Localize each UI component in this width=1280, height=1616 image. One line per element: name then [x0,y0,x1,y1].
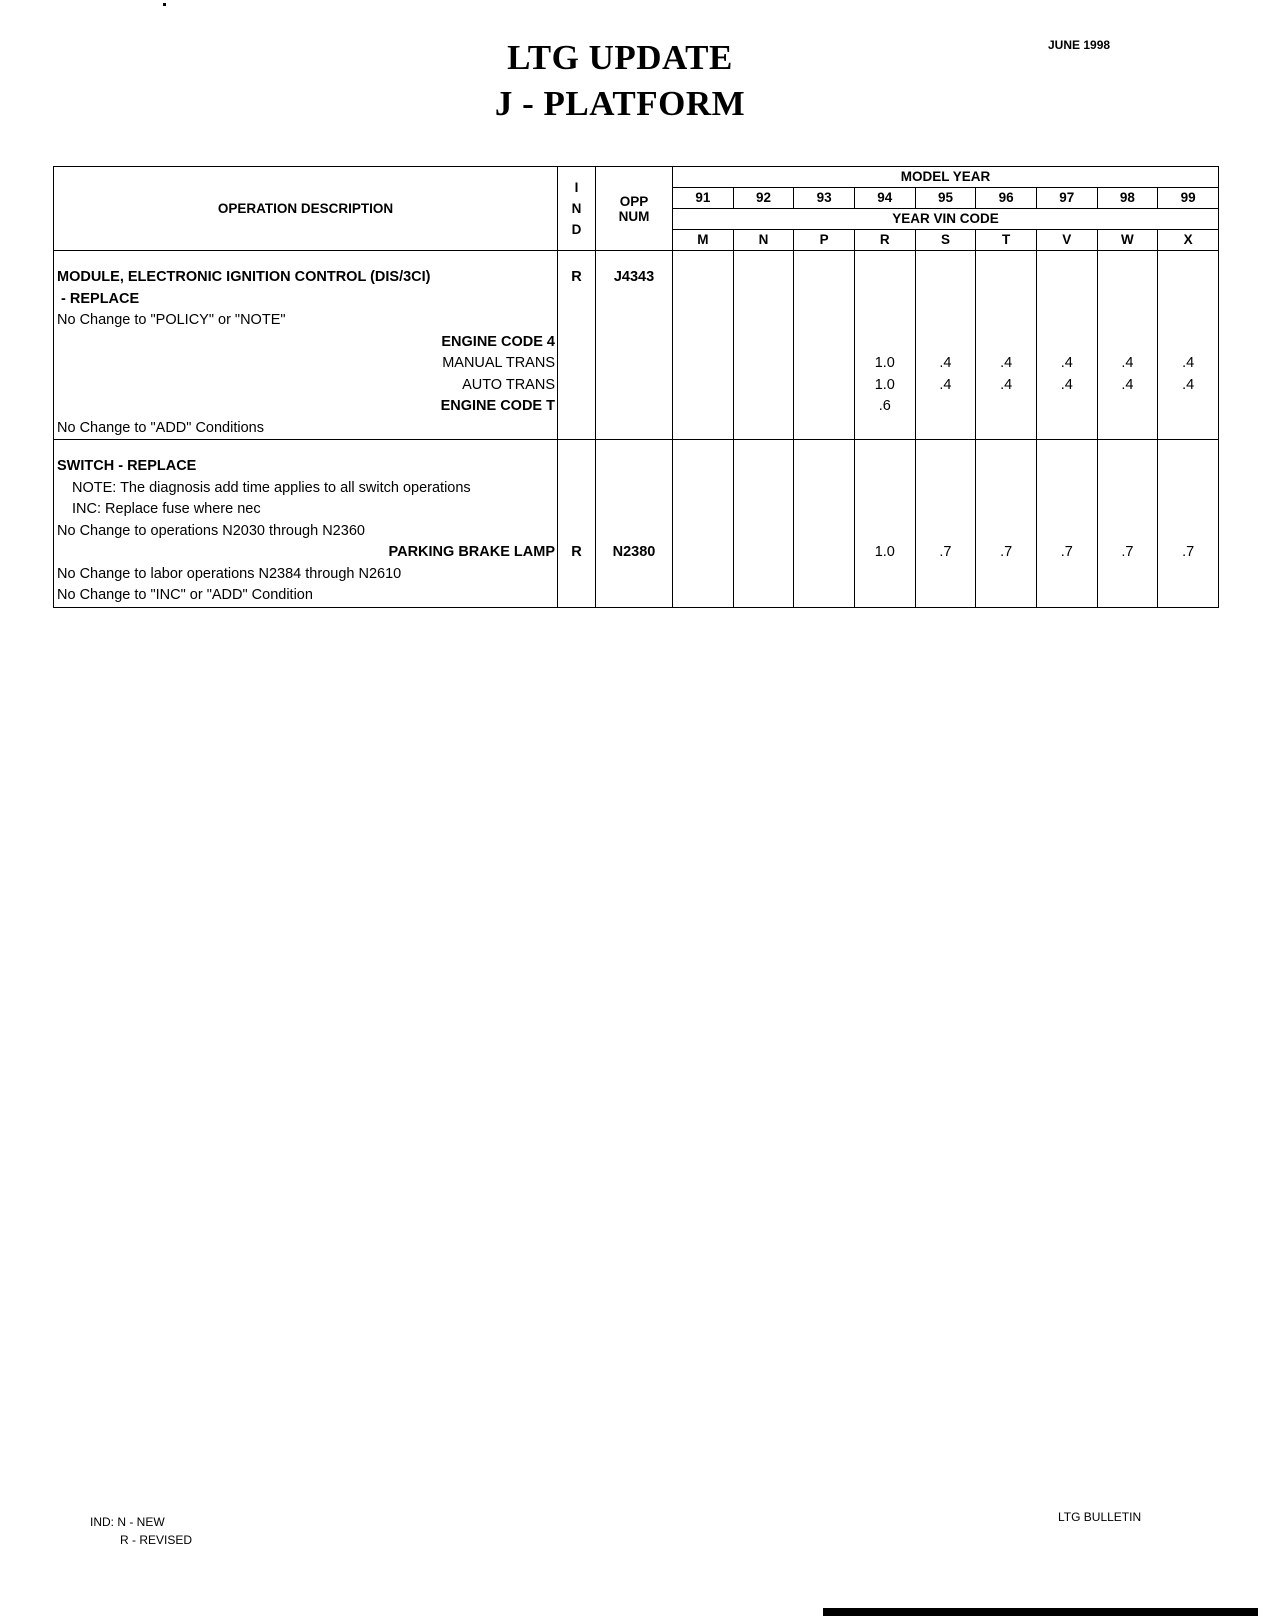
labor-time-value [673,396,733,418]
page-subtitle: J - PLATFORM [0,84,1240,124]
header-num: NUM [596,209,672,224]
header-ind-n: N [558,198,595,219]
labor-time-value [794,289,854,311]
labor-time-cell: .7 [976,440,1037,608]
labor-time-value: .4 [1098,353,1158,375]
labor-time-value [673,564,733,586]
bulletin-label: LTG BULLETIN [1058,1510,1141,1524]
header-vin-code: X [1158,230,1219,251]
header-year: 93 [794,188,855,209]
header-opp-num: OPP NUM [596,167,673,251]
labor-time-cell [733,251,794,440]
labor-time-value [673,456,733,478]
labor-time-value: .6 [855,396,915,418]
labor-time-cell: 1.01.0.6 [854,251,915,440]
description-line: ENGINE CODE 4 [54,332,557,354]
empty-line [596,310,672,332]
description-line: - REPLACE [54,289,557,311]
empty-line [558,310,595,332]
labor-time-table: OPERATION DESCRIPTION I N D OPP NUM MODE… [53,166,1219,608]
labor-time-cell [733,440,794,608]
labor-time-value [1098,418,1158,440]
bulletin-date: JUNE 1998 [1048,38,1110,52]
header-operation-description: OPERATION DESCRIPTION [54,167,558,251]
labor-time-value [734,353,794,375]
labor-time-value [916,456,976,478]
labor-time-value [1037,521,1097,543]
labor-time-value [976,332,1036,354]
labor-time-value [976,564,1036,586]
empty-line [558,396,595,418]
labor-time-value [1037,478,1097,500]
labor-time-value [673,289,733,311]
ind-legend: IND: N - NEW R - REVISED [90,1513,192,1549]
labor-time-value [916,289,976,311]
labor-time-value [794,456,854,478]
labor-time-value [794,564,854,586]
labor-time-value: .4 [1158,375,1218,397]
labor-time-value [1098,267,1158,289]
header-year: 91 [673,188,734,209]
header-vin-code: P [794,230,855,251]
labor-time-value: .7 [1158,542,1218,564]
description-line: INC: Replace fuse where nec [54,499,557,521]
labor-time-value [794,478,854,500]
labor-time-value [1098,585,1158,607]
labor-time-value [734,332,794,354]
labor-time-value [855,521,915,543]
header-model-year: MODEL YEAR [673,167,1219,188]
empty-line [596,478,672,500]
description-line: SWITCH - REPLACE [54,456,557,478]
labor-time-value [794,585,854,607]
labor-time-cell [794,251,855,440]
labor-time-value [916,499,976,521]
empty-line [558,456,595,478]
description-line: No Change to operations N2030 through N2… [54,521,557,543]
labor-time-value [916,585,976,607]
scan-edge-bar [823,1608,1258,1616]
labor-time-value [673,375,733,397]
labor-time-value [916,564,976,586]
labor-time-value: .4 [976,353,1036,375]
labor-time-value: .4 [1158,353,1218,375]
labor-time-value [1158,456,1218,478]
labor-time-value [734,542,794,564]
labor-time-value [976,456,1036,478]
labor-time-value: .7 [916,542,976,564]
header-year: 92 [733,188,794,209]
description-line: No Change to labor operations N2384 thro… [54,564,557,586]
labor-time-value [1158,289,1218,311]
labor-time-value [734,310,794,332]
labor-time-value [1158,478,1218,500]
labor-time-value [855,564,915,586]
labor-time-value [855,456,915,478]
header-ind: I N D [558,167,596,251]
labor-time-value [916,396,976,418]
labor-time-value [794,310,854,332]
legend-new: IND: N - NEW [90,1513,192,1531]
labor-time-value [794,499,854,521]
labor-time-value [1037,418,1097,440]
empty-line [596,585,672,607]
labor-time-cell: .7 [1158,440,1219,608]
labor-time-value [855,332,915,354]
labor-time-cell: .7 [1097,440,1158,608]
labor-time-value [794,332,854,354]
empty-line [596,396,672,418]
labor-time-value [1158,564,1218,586]
header-vin-code: M [673,230,734,251]
empty-line [596,418,672,440]
header-vin-code: S [915,230,976,251]
labor-time-value [976,310,1036,332]
labor-time-value [794,353,854,375]
header-vin-code: V [1036,230,1097,251]
labor-time-value [855,585,915,607]
labor-time-value [794,396,854,418]
empty-line [558,521,595,543]
header-year: 95 [915,188,976,209]
labor-time-value [1037,267,1097,289]
labor-time-value [734,289,794,311]
labor-time-value [1098,521,1158,543]
labor-time-value [1037,289,1097,311]
ind-cell: R [558,440,596,608]
opp-num-cell: N2380 [596,440,673,608]
header-vin-code: T [976,230,1037,251]
labor-time-value [673,542,733,564]
opp-num-cell: J4343 [596,251,673,440]
labor-time-value [1098,310,1158,332]
labor-time-value [976,499,1036,521]
labor-time-value [734,418,794,440]
table-row: SWITCH - REPLACENOTE: The diagnosis add … [54,440,1219,608]
labor-time-value [1158,396,1218,418]
header-ind-d: D [558,219,595,240]
labor-time-cell: .7 [915,440,976,608]
labor-time-value [1158,499,1218,521]
ind-cell: R [558,251,596,440]
empty-line [558,585,595,607]
labor-time-value [673,418,733,440]
labor-time-value [1158,310,1218,332]
header-vin-code: W [1097,230,1158,251]
labor-time-value: .4 [976,375,1036,397]
labor-time-value [794,375,854,397]
labor-time-value: 1.0 [855,542,915,564]
labor-time-value [855,499,915,521]
labor-time-value [794,418,854,440]
header-year: 97 [1036,188,1097,209]
labor-time-value [1098,456,1158,478]
labor-time-value [1098,289,1158,311]
labor-time-value [1037,310,1097,332]
labor-time-value [734,375,794,397]
opp-num-value: J4343 [596,267,672,289]
labor-time-value [794,521,854,543]
labor-time-value [734,456,794,478]
labor-time-value [855,418,915,440]
labor-time-value [673,332,733,354]
empty-line [558,418,595,440]
description-line: MODULE, ELECTRONIC IGNITION CONTROL (DIS… [54,267,557,289]
legend-revised: R - REVISED [90,1531,192,1549]
opp-num-value: N2380 [596,542,672,564]
labor-time-value [1098,478,1158,500]
empty-line [558,478,595,500]
description-line: NOTE: The diagnosis add time applies to … [54,478,557,500]
empty-line [596,353,672,375]
description-line: ENGINE CODE T [54,396,557,418]
empty-line [558,375,595,397]
empty-line [596,456,672,478]
labor-time-value [916,267,976,289]
empty-line [558,332,595,354]
ind-value: R [558,542,595,564]
labor-time-value [673,521,733,543]
labor-time-value [734,396,794,418]
description-line: MANUAL TRANS [54,353,557,375]
labor-time-value [673,310,733,332]
header-year: 98 [1097,188,1158,209]
labor-time-value [1037,396,1097,418]
labor-time-value [1158,585,1218,607]
labor-time-value [916,478,976,500]
labor-time-value [916,418,976,440]
labor-time-value [794,267,854,289]
labor-time-value: .4 [1037,353,1097,375]
labor-time-cell: .7 [1036,440,1097,608]
description-line: No Change to "ADD" Conditions [54,418,557,440]
labor-time-value [1158,418,1218,440]
labor-time-value: .4 [916,353,976,375]
labor-time-value: .4 [1098,375,1158,397]
labor-time-cell: 1.0 [854,440,915,608]
labor-time-value [976,418,1036,440]
header-vin-code: R [854,230,915,251]
table-row: MODULE, ELECTRONIC IGNITION CONTROL (DIS… [54,251,1219,440]
labor-time-value [794,542,854,564]
labor-time-value [734,267,794,289]
operation-description-cell: SWITCH - REPLACENOTE: The diagnosis add … [54,440,558,608]
labor-time-value [734,478,794,500]
ind-value: R [558,267,595,289]
scan-mark [163,3,166,6]
labor-time-value [1098,499,1158,521]
labor-time-value [976,521,1036,543]
labor-time-cell: .4.4 [1158,251,1219,440]
header-year: 99 [1158,188,1219,209]
empty-line [558,353,595,375]
empty-line [596,375,672,397]
labor-time-value [734,521,794,543]
labor-time-value [734,499,794,521]
labor-time-value [1158,267,1218,289]
labor-time-value [673,353,733,375]
labor-time-value [1037,585,1097,607]
labor-time-value [734,585,794,607]
description-line: No Change to "INC" or "ADD" Condition [54,585,557,607]
labor-time-cell [673,251,734,440]
header-year: 94 [854,188,915,209]
labor-time-value [916,310,976,332]
empty-line [596,499,672,521]
labor-time-value [976,396,1036,418]
labor-time-value [1037,332,1097,354]
labor-time-value [976,267,1036,289]
labor-time-value [1098,396,1158,418]
labor-time-value [916,521,976,543]
labor-time-value: .7 [1098,542,1158,564]
labor-time-value [1158,332,1218,354]
header-ind-i: I [558,177,595,198]
labor-time-value [1098,564,1158,586]
empty-line [596,521,672,543]
labor-time-value [855,289,915,311]
labor-time-value [1098,332,1158,354]
labor-time-cell: .4.4 [915,251,976,440]
labor-time-cell: .4.4 [976,251,1037,440]
labor-time-value [855,310,915,332]
labor-time-value: .7 [976,542,1036,564]
header-vin-code: N [733,230,794,251]
labor-time-value [1037,564,1097,586]
labor-time-value [855,267,915,289]
labor-time-cell [794,440,855,608]
labor-time-value [734,564,794,586]
labor-time-cell [673,440,734,608]
labor-time-value [976,478,1036,500]
operation-description-cell: MODULE, ELECTRONIC IGNITION CONTROL (DIS… [54,251,558,440]
labor-time-cell: .4.4 [1097,251,1158,440]
empty-line [596,564,672,586]
labor-time-value [1158,521,1218,543]
empty-line [558,289,595,311]
labor-time-value [976,289,1036,311]
empty-line [558,499,595,521]
labor-time-value [1037,499,1097,521]
empty-line [596,289,672,311]
labor-time-value [673,478,733,500]
labor-time-value [673,267,733,289]
description-line: PARKING BRAKE LAMP [54,542,557,564]
empty-line [558,564,595,586]
labor-time-value: .7 [1037,542,1097,564]
labor-time-value [976,585,1036,607]
labor-time-value: 1.0 [855,353,915,375]
labor-time-value: .4 [916,375,976,397]
labor-time-value [916,332,976,354]
header-year: 96 [976,188,1037,209]
description-line: AUTO TRANS [54,375,557,397]
labor-time-value [673,499,733,521]
labor-time-value: 1.0 [855,375,915,397]
header-opp: OPP [596,194,672,209]
description-line: No Change to "POLICY" or "NOTE" [54,310,557,332]
labor-time-value [855,478,915,500]
empty-line [596,332,672,354]
labor-time-value [673,585,733,607]
header-year-vin-code: YEAR VIN CODE [673,209,1219,230]
labor-time-value: .4 [1037,375,1097,397]
labor-time-cell: .4.4 [1036,251,1097,440]
labor-time-value [1037,456,1097,478]
